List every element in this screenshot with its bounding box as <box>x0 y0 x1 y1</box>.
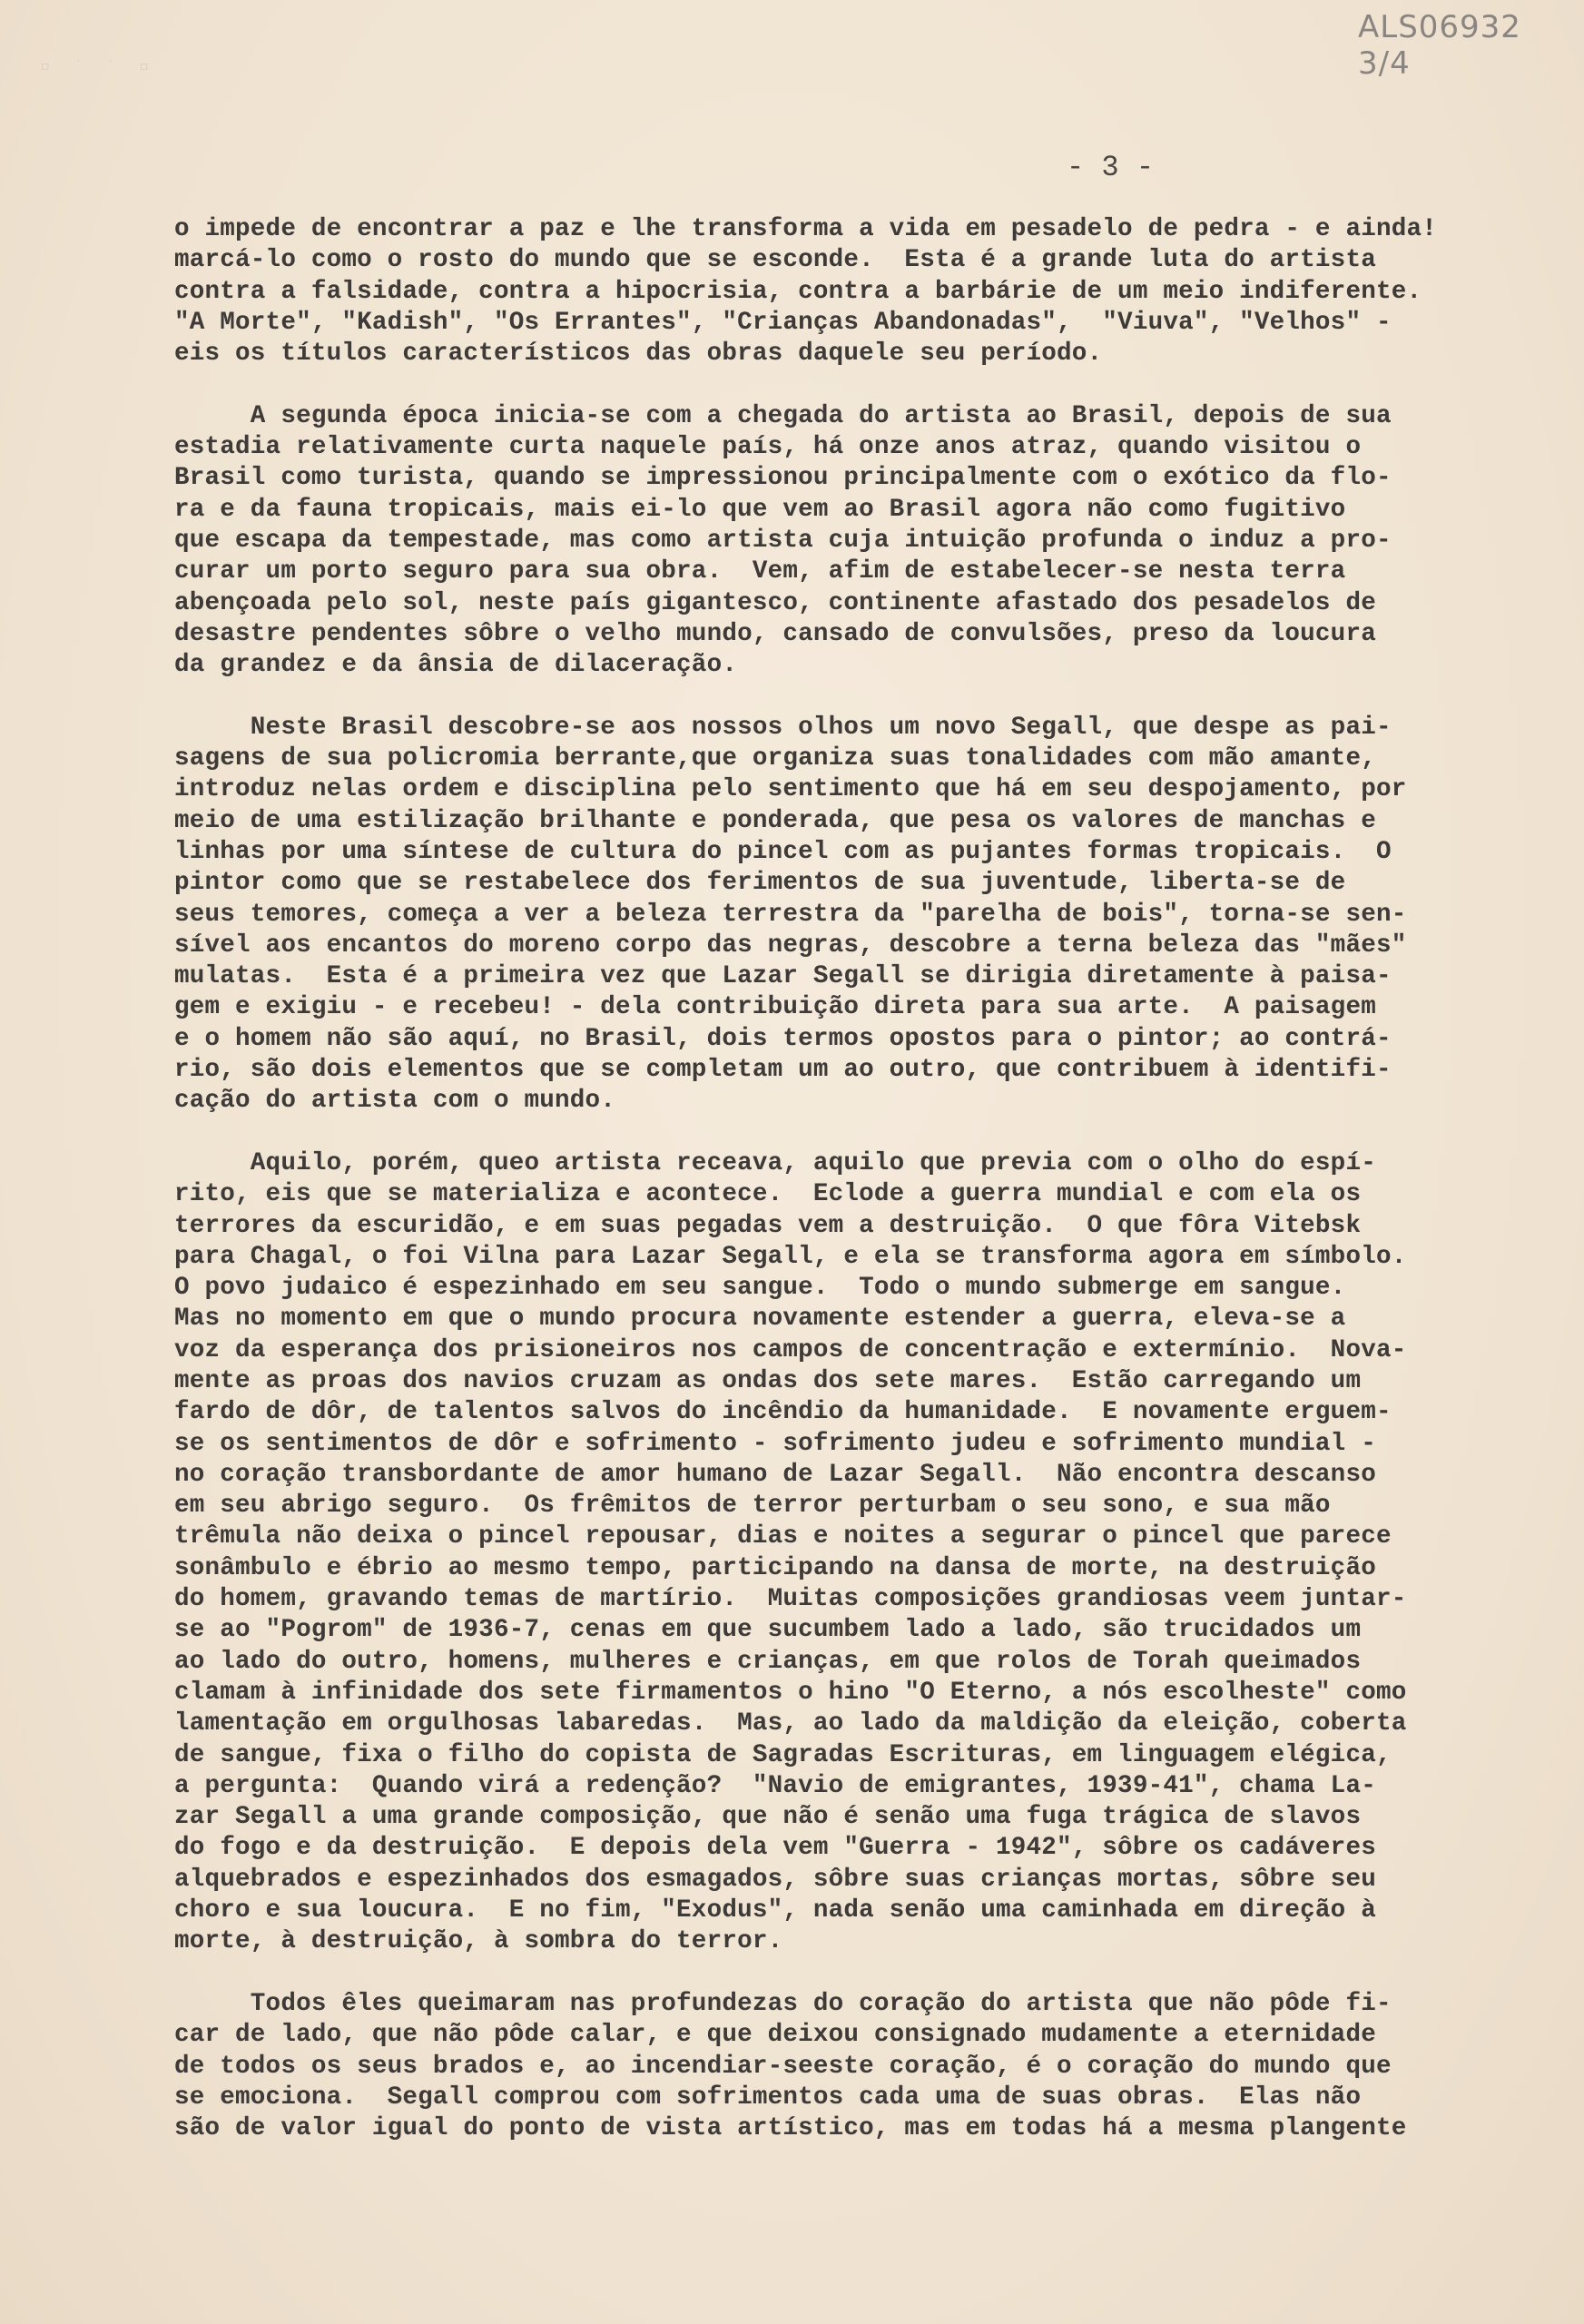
text-line: car de lado, que não pôde calar, e que d… <box>174 2020 1509 2051</box>
text-line: abençoada pelo sol, neste país gigantesc… <box>174 588 1509 619</box>
text-line: rito, eis que se materializa e acontece.… <box>174 1179 1509 1210</box>
text-line: que escapa da tempestade, mas como artis… <box>174 526 1509 556</box>
text-line: seus temores, começa a ver a beleza terr… <box>174 900 1509 931</box>
text-line: sonâmbulo e ébrio ao mesmo tempo, partic… <box>174 1553 1509 1584</box>
text-line: mulatas. Esta é a primeira vez que Lazar… <box>174 961 1509 992</box>
text-line: em seu abrigo seguro. Os frêmitos de ter… <box>174 1491 1509 1521</box>
text-line: voz da esperança dos prisioneiros nos ca… <box>174 1335 1509 1366</box>
text-line: estadia relativamente curta naquele país… <box>174 432 1509 463</box>
paragraph-4: Aquilo, porém, queo artista receava, aqu… <box>174 1148 1509 1958</box>
text-line: de sangue, fixa o filho do copista de Sa… <box>174 1740 1509 1771</box>
text-line: Aquilo, porém, queo artista receava, aqu… <box>174 1148 1509 1179</box>
text-line: meio de uma estilização brilhante e pond… <box>174 806 1509 837</box>
paragraph-3: Neste Brasil descobre-se aos nossos olho… <box>174 713 1509 1118</box>
text-line: do fogo e da destruição. E depois dela v… <box>174 1833 1509 1864</box>
text-line: Brasil como turista, quando se impressio… <box>174 463 1509 494</box>
text-line: O povo judaico é espezinhado em seu sang… <box>174 1273 1509 1304</box>
text-line: lamentação em orgulhosas labaredas. Mas,… <box>174 1709 1509 1739</box>
text-line: introduz nelas ordem e disciplina pelo s… <box>174 774 1509 805</box>
text-line: Todos êles queimaram nas profundezas do … <box>174 1989 1509 2020</box>
text-line: sagens de sua policromia berrante,que or… <box>174 743 1509 774</box>
text-line: "A Morte", "Kadish", "Os Errantes", "Cri… <box>174 308 1509 339</box>
paper-blemish-marks: ▫ ˙ ˙ ▫ <box>41 59 159 74</box>
paragraph-1: o impede de encontrar a paz e lhe transf… <box>174 214 1509 369</box>
text-line: fardo de dôr, de talentos salvos do incê… <box>174 1397 1509 1428</box>
text-line: clamam à infinidade dos sete firmamentos… <box>174 1678 1509 1709</box>
text-line: são de valor igual do ponto de vista art… <box>174 2113 1509 2144</box>
text-line: trêmula não deixa o pincel repousar, dia… <box>174 1521 1509 1552</box>
page-number: - 3 - <box>1067 151 1154 184</box>
text-line: contra a falsidade, contra a hipocrisia,… <box>174 277 1509 308</box>
text-line: rio, são dois elementos que se completam… <box>174 1055 1509 1086</box>
text-line: terrores da escuridão, e em suas pegadas… <box>174 1211 1509 1242</box>
text-line: alquebrados e espezinhados dos esmagados… <box>174 1865 1509 1896</box>
text-line: desastre pendentes sôbre o velho mundo, … <box>174 619 1509 650</box>
text-line: ra e da fauna tropicais, mais ei-lo que … <box>174 495 1509 526</box>
text-line: e o homem não são aquí, no Brasil, dois … <box>174 1024 1509 1055</box>
text-line: cação do artista com o mundo. <box>174 1086 1509 1117</box>
text-line: para Chagal, o foi Vilna para Lazar Sega… <box>174 1242 1509 1273</box>
document-page: ▫ ˙ ˙ ▫ ALS06932 3/4 - 3 - o impede de e… <box>0 0 1584 2324</box>
text-line: de todos os seus brados e, ao incendiar-… <box>174 2052 1509 2083</box>
paragraph-2: A segunda época inicia-se com a chegada … <box>174 401 1509 682</box>
text-line: morte, à destruição, à sombra do terror. <box>174 1926 1509 1957</box>
text-line: sível aos encantos do moreno corpo das n… <box>174 931 1509 961</box>
text-line: Mas no momento em que o mundo procura no… <box>174 1304 1509 1334</box>
text-line: se os sentimentos de dôr e sofrimento - … <box>174 1429 1509 1460</box>
text-line: gem e exigiu - e recebeu! - dela contrib… <box>174 992 1509 1023</box>
text-line: a pergunta: Quando virá a redenção? "Nav… <box>174 1771 1509 1802</box>
text-line: do homem, gravando temas de martírio. Mu… <box>174 1584 1509 1615</box>
typed-body-text: o impede de encontrar a paz e lhe transf… <box>174 214 1509 2176</box>
text-line: linhas por uma síntese de cultura do pin… <box>174 837 1509 868</box>
text-line: da grandez e da ânsia de dilaceração. <box>174 650 1509 681</box>
text-line: ao lado do outro, homens, mulheres e cri… <box>174 1647 1509 1678</box>
text-line: no coração transbordante de amor humano … <box>174 1460 1509 1491</box>
text-line: se emociona. Segall comprou com sofrimen… <box>174 2083 1509 2113</box>
text-line: zar Segall a uma grande composição, que … <box>174 1802 1509 1833</box>
text-line: A segunda época inicia-se com a chegada … <box>174 401 1509 432</box>
text-line: marcá-lo como o rosto do mundo que se es… <box>174 245 1509 276</box>
text-line: pintor como que se restabelece dos ferim… <box>174 868 1509 899</box>
text-line: o impede de encontrar a paz e lhe transf… <box>174 214 1509 245</box>
text-line: choro e sua loucura. E no fim, "Exodus",… <box>174 1896 1509 1926</box>
text-line: eis os títulos característicos das obras… <box>174 339 1509 369</box>
text-line: curar um porto seguro para sua obra. Vem… <box>174 556 1509 587</box>
text-line: mente as proas dos navios cruzam as onda… <box>174 1366 1509 1397</box>
text-line: Neste Brasil descobre-se aos nossos olho… <box>174 713 1509 743</box>
text-line: se ao "Pogrom" de 1936-7, cenas em que s… <box>174 1615 1509 1646</box>
archive-code-annotation: ALS06932 3/4 <box>1358 9 1584 82</box>
paragraph-5: Todos êles queimaram nas profundezas do … <box>174 1989 1509 2144</box>
